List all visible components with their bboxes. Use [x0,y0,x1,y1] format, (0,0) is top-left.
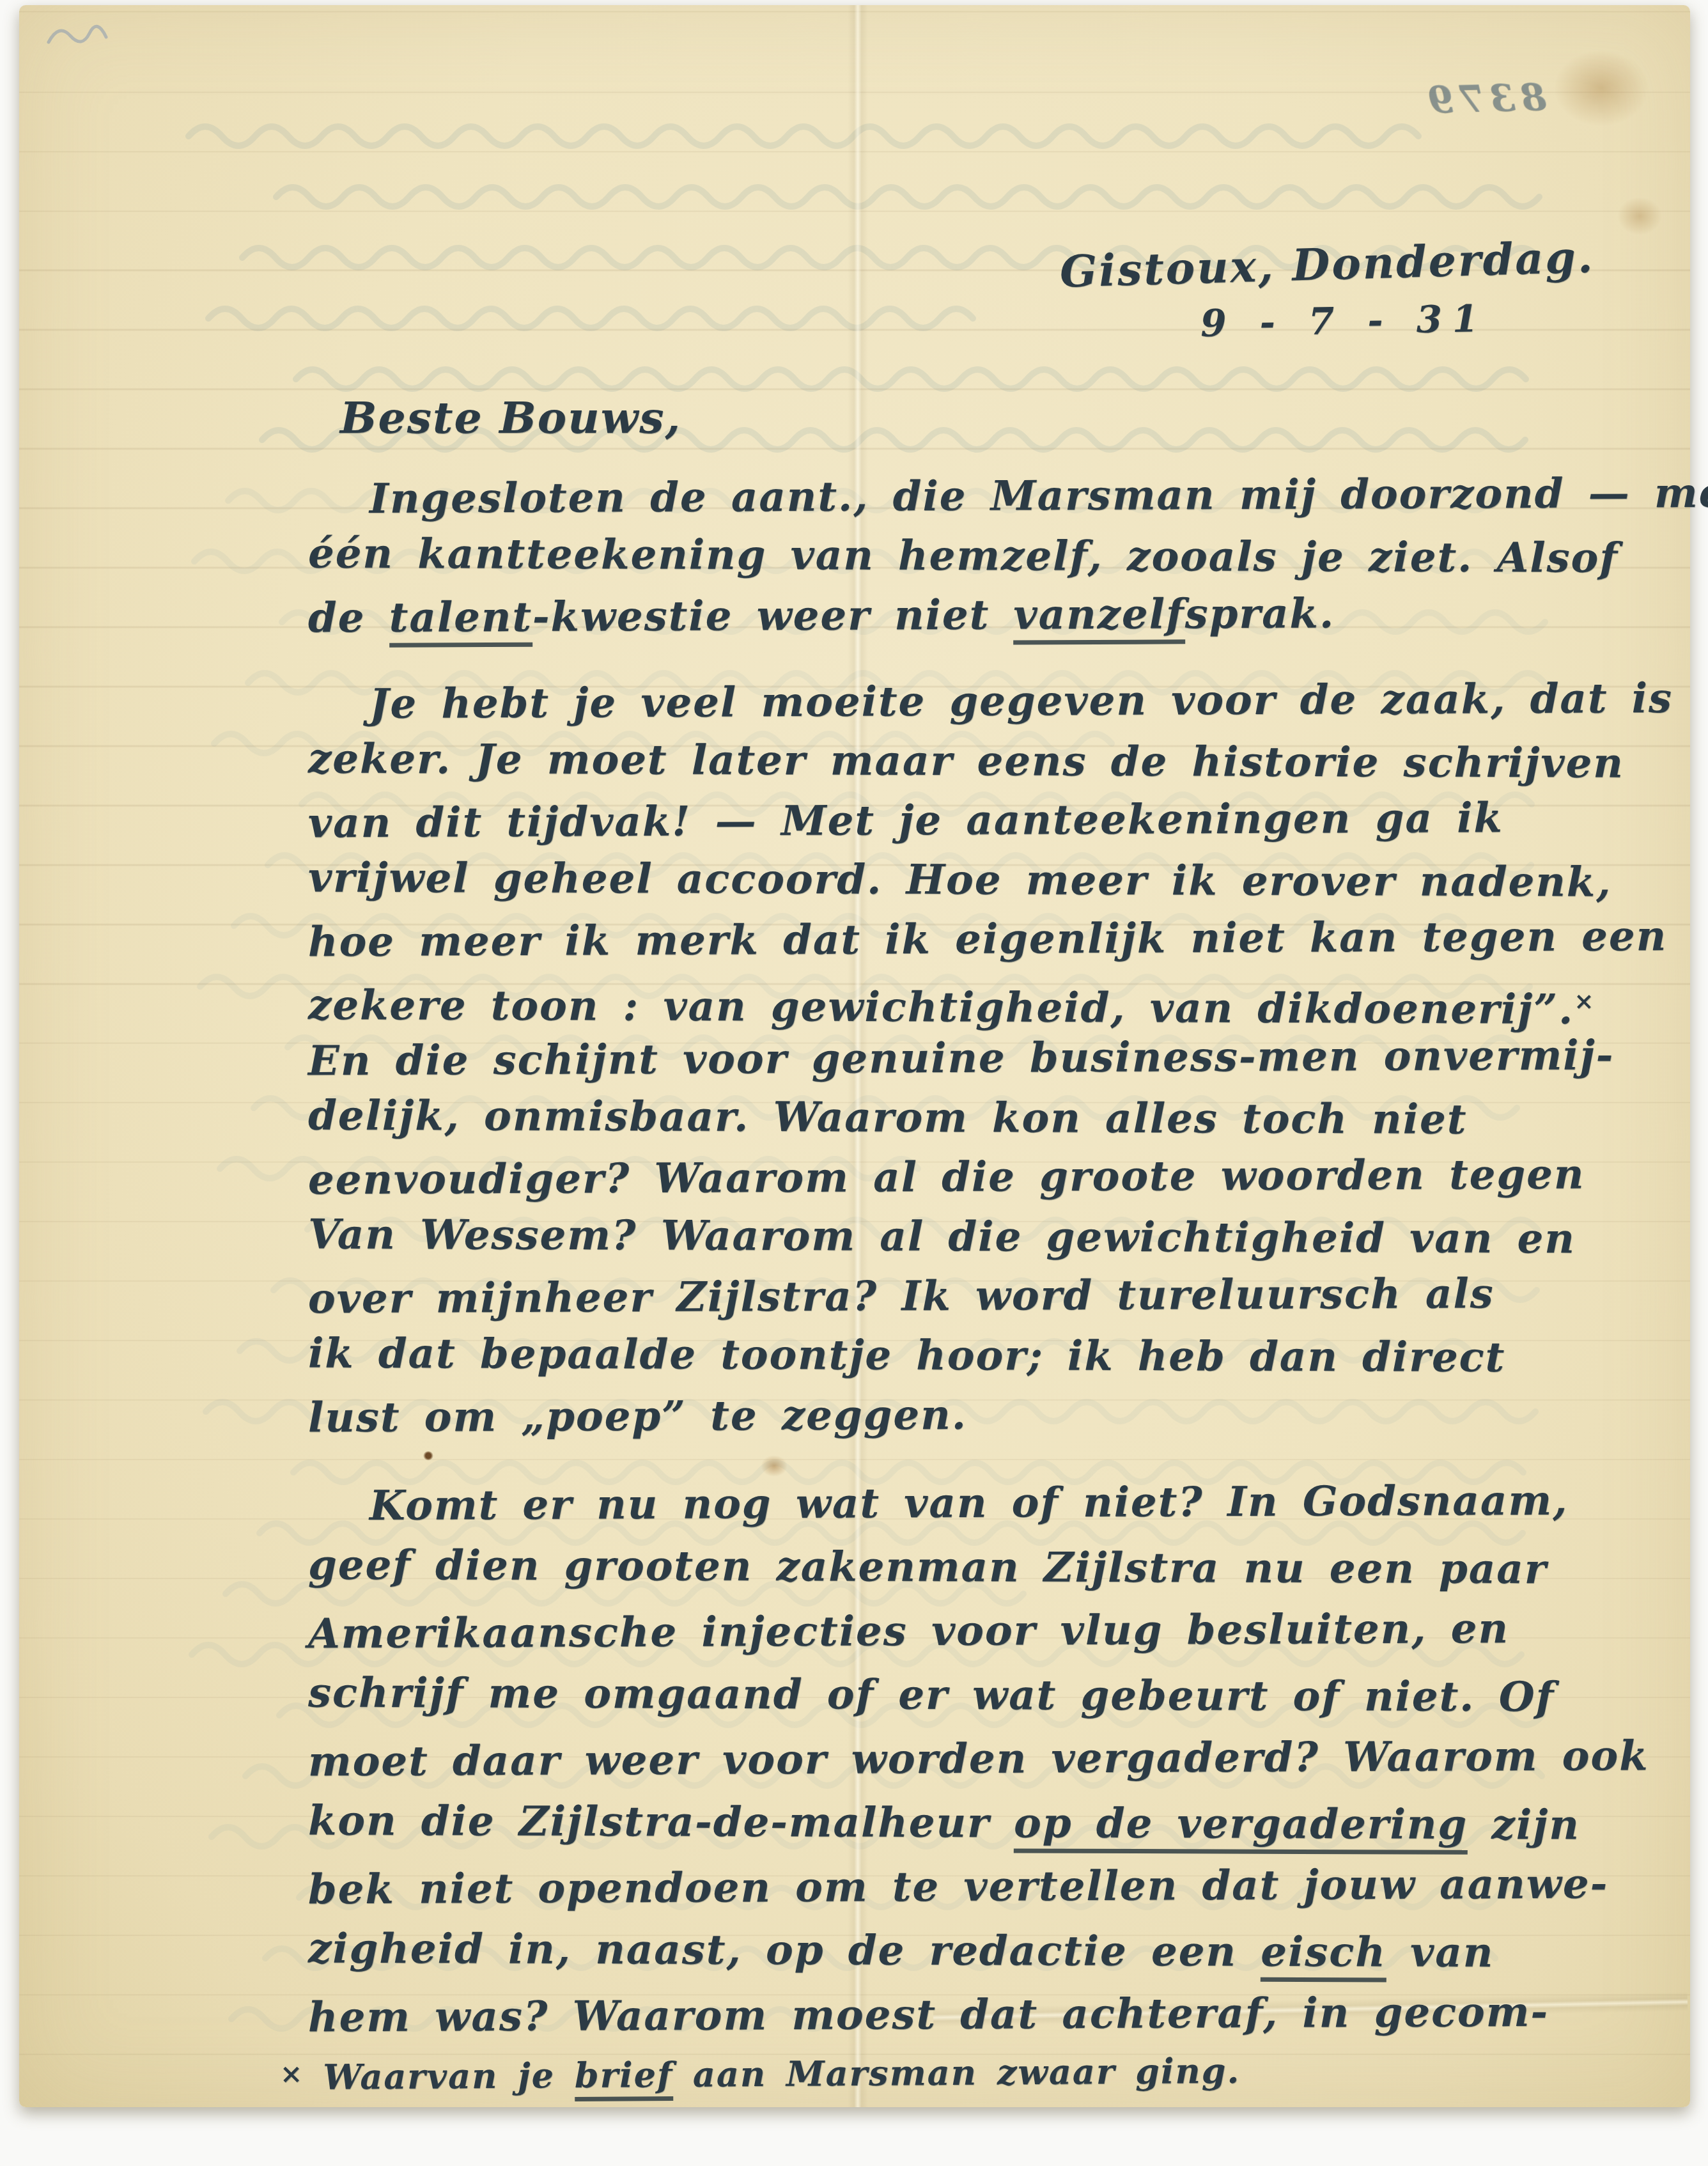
text-segment: Komt er nu nog wat van of niet? In Godsn… [369,1477,1569,1530]
text-segment: × [1574,986,1594,1015]
paragraph: Komt er nu nog wat van of niet? In Godsn… [308,1472,1577,2047]
text-segment: Ingesloten de aant., die Marsman mij doo… [369,469,1708,523]
handwritten-line: geef dien grooten zakenman Zijlstra nu e… [308,1534,1577,1602]
paragraph: Ingesloten de aant., die Marsman mij doo… [308,467,1577,645]
handwritten-line: Amerikaansche injecties voor vlug beslui… [308,1597,1577,1667]
text-segment: zeker. Je moet later maar eens de histor… [308,735,1624,788]
handwritten-line: hoe meer ik merk dat ik eigenlijk niet k… [308,907,1577,972]
footnote: ×Waarvan je brief aan Marsman zwaar ging… [280,2050,1241,2098]
handwritten-line: zekere toon : van gewichtigheid, van dik… [308,967,1577,1031]
handwritten-line: Komt er nu nog wat van of niet? In Godsn… [308,1469,1577,1539]
underlined-word: eisch [1261,1928,1386,1983]
foxing-spot [1553,50,1649,127]
dateline-date: 9 - 7 - 31 [1200,297,1488,345]
text-segment: Amerikaansche injecties voor vlug beslui… [308,1605,1509,1658]
salutation: Beste Bouws, [340,393,681,444]
letter-body: Ingesloten de aant., die Marsman mij doo… [308,467,1577,2047]
corner-ink-mark [45,15,121,60]
handwritten-line: lust om „poep” te zeggen. [308,1383,1577,1448]
handwritten-line: vrijwel geheel accoord. Hoe meer ik erov… [308,848,1577,912]
text-segment: -kwestie weer niet [532,591,1014,641]
verso-archival-number: 8379 [1422,75,1547,121]
handwritten-line: delijk, onmisbaar. Waarom kon alles toch… [308,1086,1577,1150]
handwritten-line: zeker. Je moet later maar eens de histor… [308,729,1577,793]
letter-page: 8379 Gistoux, Donderdag. 9 - 7 - 31 Best… [19,5,1690,2107]
underlined-word: op de vergadering [1014,1799,1468,1854]
text-segment: aan Marsman zwaar ging. [673,2050,1241,2095]
handwritten-line: van dit tijdvak! — Met je aanteekeningen… [308,788,1577,853]
text-segment: ik dat bepaalde toontje hoor; ik heb dan… [308,1330,1505,1382]
handwritten-line: Je hebt je veel moeite gegeven voor de z… [308,669,1577,735]
text-segment: eenvoudiger? Waarom al die groote woorde… [308,1151,1585,1204]
text-segment: geef dien grooten zakenman Zijlstra nu e… [308,1541,1548,1594]
text-segment: hem was? Waarom moest dat achteraf, in g… [308,1988,1549,2041]
underlined-word: brief [575,2054,674,2101]
paragraph: Je hebt je veel moeite gegeven voor de z… [308,672,1577,1445]
underlined-word: talent [389,593,533,648]
text-segment: van dit tijdvak! — Met je aanteekeningen… [308,794,1503,847]
text-segment: van [1386,1928,1494,1977]
handwritten-line: hem was? Waarom moest dat achteraf, in g… [308,1981,1577,2050]
text-segment: En die schijnt voor genuine business-men… [308,1031,1615,1085]
text-segment: bek niet opendoen om te vertellen dat jo… [308,1860,1608,1913]
handwritten-line: Ingesloten de aant., die Marsman mij doo… [308,464,1577,529]
handwritten-line: één kantteekening van hemzelf, zooals je… [308,524,1577,588]
text-segment: moet daar weer voor worden vergaderd? Wa… [308,1732,1649,1786]
handwritten-line: bek niet opendoen om te vertellen dat jo… [308,1853,1577,1922]
handwritten-line: schrijf me omgaand of er wat gebeurt of … [308,1662,1577,1730]
handwritten-line: de talent-kwestie weer niet vanzelfsprak… [308,583,1577,648]
text-segment: zekere toon : van gewichtigheid, van dik… [308,981,1574,1034]
text-segment: Van Wessem? Waarom al die gewichtigheid … [308,1211,1576,1263]
text-segment: delijk, onmisbaar. Waarom kon alles toch… [308,1092,1468,1144]
text-segment: zigheid in, naast, op de redactie een [308,1925,1261,1976]
handwritten-line: eenvoudiger? Waarom al die groote woorde… [308,1145,1577,1210]
foxing-spot [1617,197,1662,235]
text-segment: Je hebt je veel moeite gegeven voor de z… [369,674,1673,728]
footnote-marker: × [280,2057,304,2089]
text-segment: kon die Zijlstra-de-malheur [308,1797,1014,1848]
text-segment: één kantteekening van hemzelf, zooals je… [308,530,1619,582]
text-segment: vrijwel geheel accoord. Hoe meer ik erov… [308,854,1612,907]
handwritten-line: ik dat bepaalde toontje hoor; ik heb dan… [308,1324,1577,1388]
text-segment: zijn [1468,1801,1580,1850]
text-segment: Waarvan je [323,2055,575,2098]
handwritten-line: En die schijnt voor genuine business-men… [308,1026,1577,1091]
text-segment: sprak. [1184,589,1335,638]
underlined-word: vanzelf [1013,590,1184,644]
handwritten-line: over mijnheer Zijlstra? Ik word tureluur… [308,1264,1577,1329]
text-segment: hoe meer ik merk dat ik eigenlijk niet k… [308,912,1667,966]
handwritten-line: Van Wessem? Waarom al die gewichtigheid … [308,1205,1577,1269]
text-segment: schrijf me omgaand of er wat gebeurt of … [308,1669,1555,1722]
dateline-place: Gistoux, Donderdag. [1059,231,1595,297]
text-segment: de [308,594,389,643]
handwritten-line: moet daar weer voor worden vergaderd? Wa… [308,1725,1577,1795]
handwritten-line: zigheid in, naast, op de redactie een ei… [308,1917,1577,1986]
text-segment: lust om „poep” te zeggen. [308,1391,967,1442]
handwritten-line: kon die Zijlstra-de-malheur op de vergad… [308,1789,1577,1858]
text-segment: over mijnheer Zijlstra? Ik word tureluur… [308,1270,1494,1323]
